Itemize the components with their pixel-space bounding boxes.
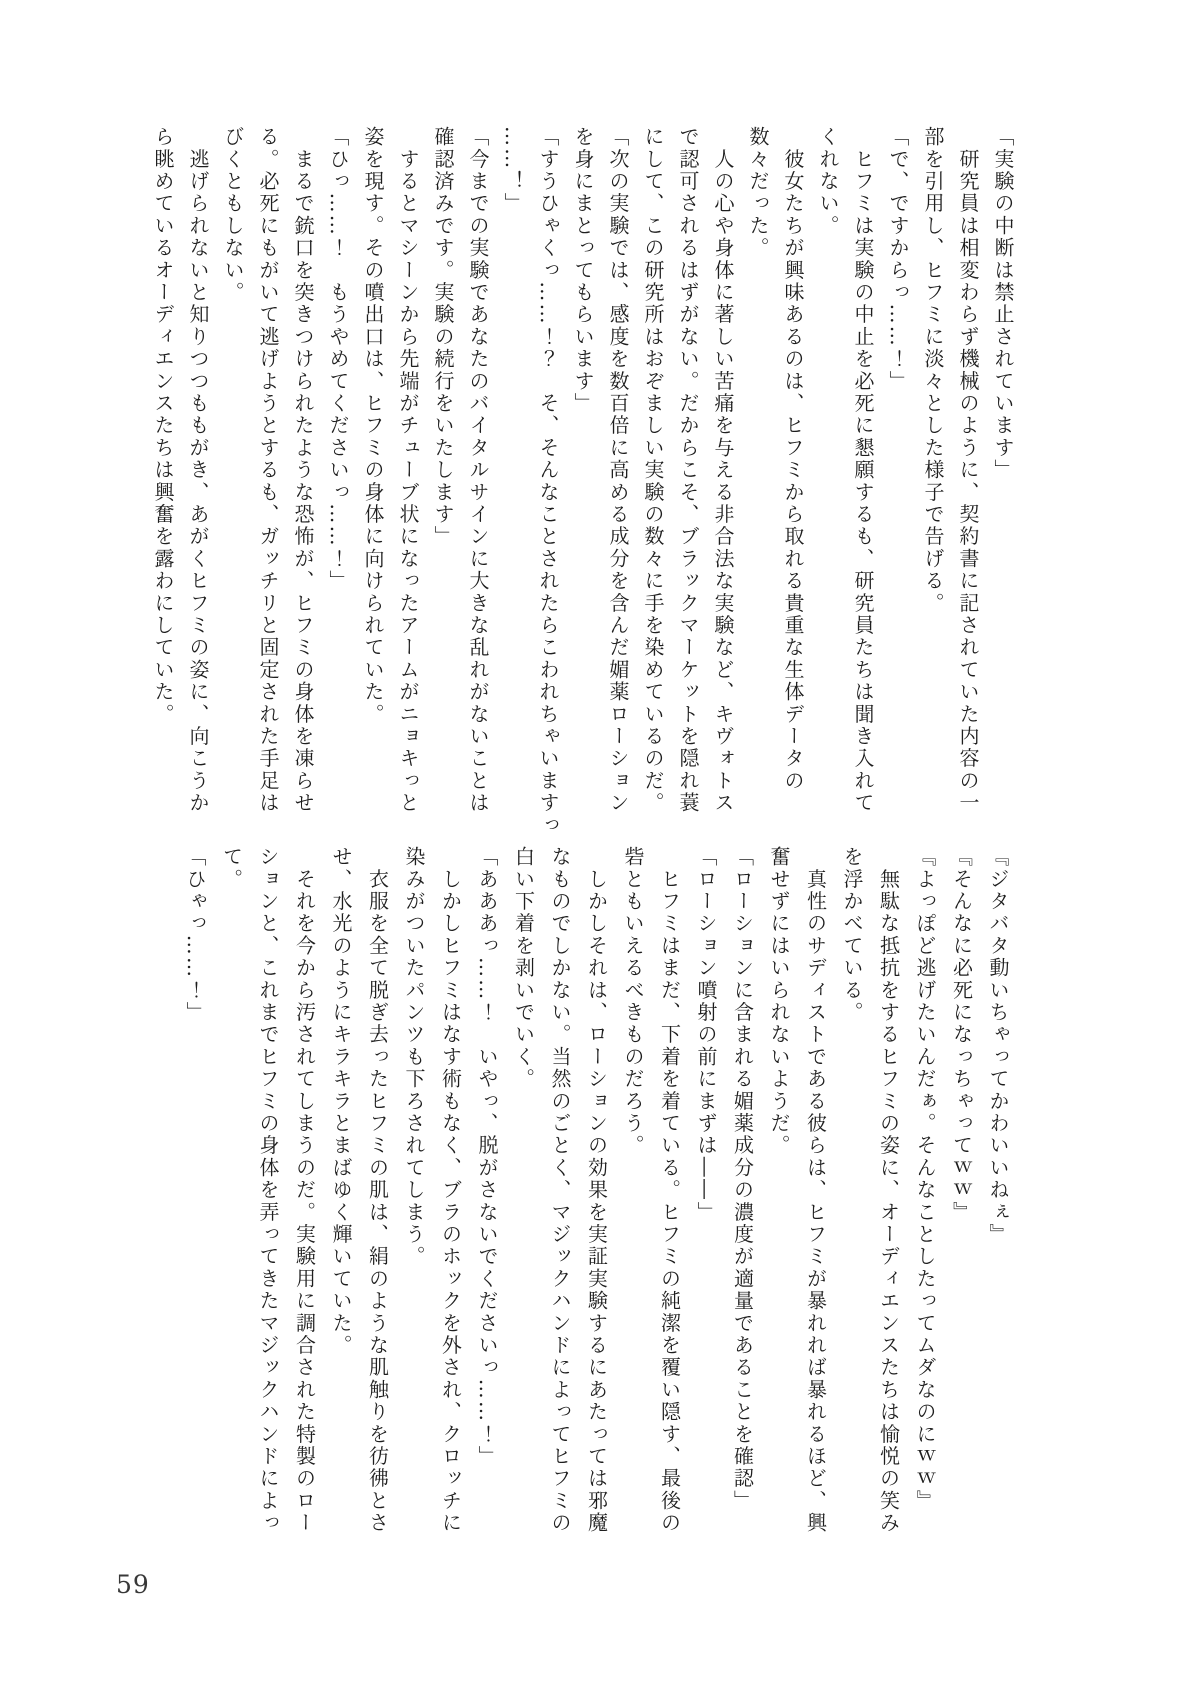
text-column: 「実験の中断は禁止されています」	[985, 126, 1020, 818]
text-column: て。	[213, 846, 250, 1538]
text-column: 「ローションに含まれる媚薬成分の濃度が適量であることを確認」	[724, 846, 761, 1538]
text-column: 「あああっ……！ いやっ、脱がさないでくださいっ……！」	[469, 846, 506, 1538]
text-column: 砦ともいえるべきものだろう。	[615, 846, 652, 1538]
text-column: ら眺めているオーディエンスたちは興奮を露わにしていた。	[145, 126, 180, 818]
text-column: 「で、ですからっ……！」	[880, 126, 915, 818]
text-column: しかしヒフミはなす術もなく、ブラのホックを外され、クロッチに	[432, 846, 469, 1538]
scanned-novel-page: { "page": { "page_number": "59", "colors…	[0, 0, 1200, 1695]
text-column: 『ジタバタ動いちゃってかわいいねぇ』	[980, 846, 1017, 1538]
text-column: するとマシーンから先端がチューブ状になったアームがニョキっと	[390, 126, 425, 818]
text-column: 『そんなに必死になっちゃってｗｗ』	[943, 846, 980, 1538]
text-column: 逃げられないと知りつつももがき、あがくヒフミの姿に、向こうか	[180, 126, 215, 818]
text-column: 『よっぽど逃げたいんだぁ。そんなことしたってムダなのにｗｗ』	[907, 846, 944, 1538]
text-column: ……！」	[495, 126, 530, 818]
text-column: 研究員は相変わらず機械のように、契約書に記されていた内容の一	[950, 126, 985, 818]
text-column: 「ローション噴射の前にまずは――」	[688, 846, 725, 1538]
text-column: で認可されるはずがない。だからこそ、ブラックマーケットを隠れ蓑	[670, 126, 705, 818]
text-column: を浮かべている。	[834, 846, 871, 1538]
text-column: ションと、これまでヒフミの身体を弄ってきたマジックハンドによっ	[250, 846, 287, 1538]
text-column: 部を引用し、ヒフミに淡々とした様子で告げる。	[915, 126, 950, 818]
page-number: 59	[116, 1570, 150, 1599]
page-canvas: 「実験の中断は禁止されています」 研究員は相変わらず機械のように、契約書に記され…	[0, 0, 1200, 1695]
text-column: 確認済みです。実験の続行をいたします」	[425, 126, 460, 818]
text-block-bottom: 『ジタバタ動いちゃってかわいいねぇ』『そんなに必死になっちゃってｗｗ』『よっぽど…	[177, 846, 1017, 1538]
text-column: 姿を現す。その噴出口は、ヒフミの身体に向けられていた。	[355, 126, 390, 818]
text-column: しかしそれは、ローションの効果を実証実験するにあたっては邪魔	[578, 846, 615, 1538]
text-column: せ、水光のようにキラキラとまばゆく輝いていた。	[323, 846, 360, 1538]
text-column: を身にまとってもらいます」	[565, 126, 600, 818]
text-column: それを今から汚されてしまうのだ。実験用に調合された特製のロー	[286, 846, 323, 1538]
text-column: 白い下着を剥いでいく。	[505, 846, 542, 1538]
text-column: 人の心や身体に著しい苦痛を与える非合法な実験など、キヴォトス	[705, 126, 740, 818]
text-column: なものでしかない。当然のごとく、マジックハンドによってヒフミの	[542, 846, 579, 1538]
text-column: 彼女たちが興味あるのは、ヒフミから取れる貴重な生体データの	[775, 126, 810, 818]
text-column: 「次の実験では、感度を数百倍に高める成分を含んだ媚薬ローション	[600, 126, 635, 818]
text-column: 真性のサディストである彼らは、ヒフミが暴れれば暴れるほど、興	[797, 846, 834, 1538]
text-column: 「ひっ……！ もうやめてくださいっ……！」	[320, 126, 355, 818]
text-column: にして、この研究所はおぞましい実験の数々に手を染めているのだ。	[635, 126, 670, 818]
text-column: びくともしない。	[215, 126, 250, 818]
text-column: ヒフミはまだ、下着を着ている。ヒフミの純潔を覆い隠す、最後の	[651, 846, 688, 1538]
text-column: くれない。	[810, 126, 845, 818]
text-column: 「すうひゃくっ……！？ そ、そんなことされたらこわれちゃいますっ	[530, 126, 565, 818]
text-column: 衣服を全て脱ぎ去ったヒフミの肌は、絹のような肌触りを彷彿とさ	[359, 846, 396, 1538]
text-block-top: 「実験の中断は禁止されています」 研究員は相変わらず機械のように、契約書に記され…	[145, 126, 1020, 818]
text-column: 染みがついたパンツも下ろされてしまう。	[396, 846, 433, 1538]
text-column: る。必死にもがいて逃げようとするも、ガッチリと固定された手足は	[250, 126, 285, 818]
text-column: 数々だった。	[740, 126, 775, 818]
text-column: ヒフミは実験の中止を必死に懇願するも、研究員たちは聞き入れて	[845, 126, 880, 818]
text-column: 「ひゃっ……！」	[177, 846, 214, 1538]
text-column: まるで銃口を突きつけられたような恐怖が、ヒフミの身体を凍らせ	[285, 126, 320, 818]
text-column: 無駄な抵抗をするヒフミの姿に、オーディエンスたちは愉悦の笑み	[870, 846, 907, 1538]
text-column: 奮せずにはいられないようだ。	[761, 846, 798, 1538]
text-column: 「今までの実験であなたのバイタルサインに大きな乱れがないことは	[460, 126, 495, 818]
